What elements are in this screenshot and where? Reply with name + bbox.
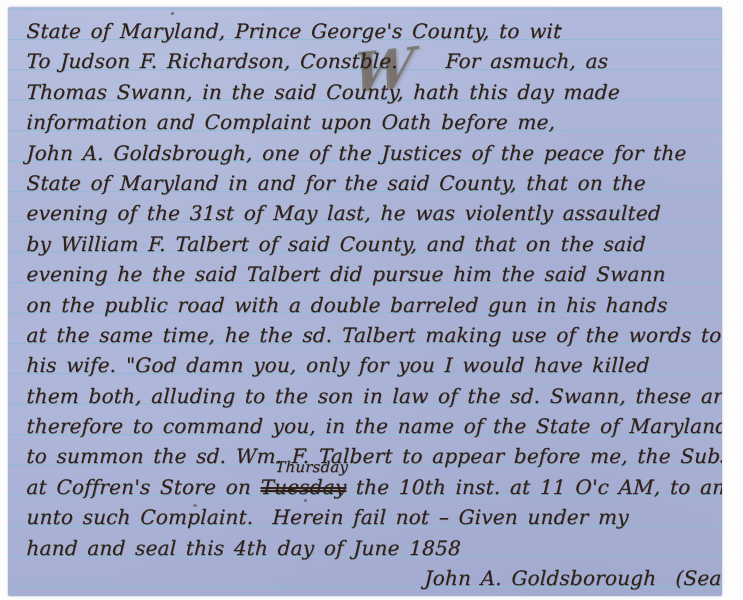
handwritten-line: Thomas Swann, in the said County, hath t… bbox=[26, 77, 711, 107]
inserted-word: Thursday bbox=[275, 460, 348, 475]
handwritten-line-heading: State of Maryland, Prince George's Count… bbox=[26, 16, 711, 46]
correction-prefix: at Coffren's Store on bbox=[26, 475, 261, 499]
correction-suffix: the 10th inst. at 11 O'c AM, to answer bbox=[346, 475, 722, 499]
handwritten-line-quote: his wife. "God damn you, only for you I … bbox=[26, 350, 711, 380]
handwritten-line: therefore to command you, in the name of… bbox=[26, 411, 711, 441]
handwriting-layer: State of Maryland, Prince George's Count… bbox=[26, 16, 710, 596]
signature-line: John A. Goldsborough (Seal) bbox=[26, 563, 711, 593]
handwritten-line: evening he the said Talbert did pursue h… bbox=[26, 259, 711, 289]
handwritten-line-addressee: To Judson F. Richardson, Constble. For a… bbox=[26, 46, 711, 76]
handwritten-line: evening of the 31st of May last, he was … bbox=[26, 198, 711, 228]
handwritten-line: information and Complaint upon Oath befo… bbox=[26, 107, 711, 137]
ink-speck bbox=[171, 12, 174, 15]
handwritten-line: at the same time, he the sd. Talbert mak… bbox=[26, 320, 711, 350]
scanned-document: W State of Maryland, Prince George's Cou… bbox=[0, 0, 743, 600]
correction-word: TuesdayThursday bbox=[260, 472, 347, 502]
handwritten-line: State of Maryland in and for the said Co… bbox=[26, 168, 711, 198]
document-paper: W State of Maryland, Prince George's Cou… bbox=[8, 7, 722, 596]
handwritten-line: unto such Complaint. Herein fail not – G… bbox=[26, 502, 711, 532]
handwritten-line: John A. Goldsbrough, one of the Justices… bbox=[26, 138, 711, 168]
handwritten-line: by William F. Talbert of said County, an… bbox=[26, 229, 711, 259]
handwritten-line: to summon the sd. Wm. F. Talbert to appe… bbox=[26, 441, 711, 471]
handwritten-line-dateline: hand and seal this 4th day of June 1858 bbox=[26, 533, 711, 563]
struck-word: Tuesday bbox=[260, 475, 347, 499]
handwritten-line: on the public road with a double barrele… bbox=[26, 290, 711, 320]
handwritten-line: them both, alluding to the son in law of… bbox=[26, 381, 711, 411]
handwritten-line-correction: at Coffren's Store on TuesdayThursday th… bbox=[26, 472, 711, 502]
